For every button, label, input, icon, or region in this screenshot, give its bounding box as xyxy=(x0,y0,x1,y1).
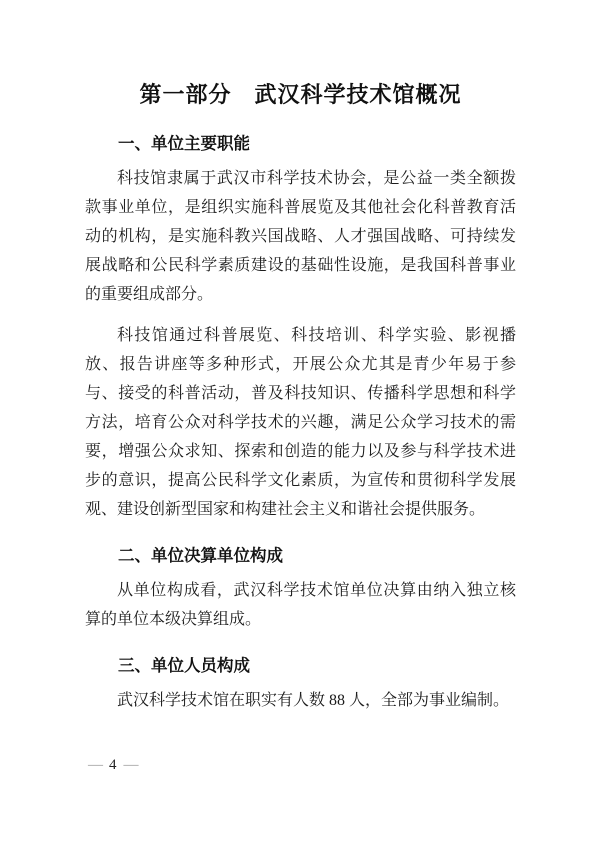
document-content: 一、单位主要职能 科技馆隶属于武汉市科学技术协会，是公益一类全额拨款事业单位，是… xyxy=(85,134,516,715)
section-heading-main-duties: 一、单位主要职能 xyxy=(85,134,516,154)
footer-dash-right: — xyxy=(124,756,138,774)
paragraph: 武汉科学技术馆在职实有人数 88 人，全部为事业编制。 xyxy=(85,686,516,715)
page-title: 第一部分 武汉科学技术馆概况 xyxy=(85,82,516,108)
section-heading-personnel: 三、单位人员构成 xyxy=(85,656,516,676)
section-heading-accounting-units: 二、单位决算单位构成 xyxy=(85,546,516,566)
footer-dash-left: — xyxy=(88,756,102,774)
paragraph: 从单位构成看，武汉科学技术馆单位决算由纳入独立核算的单位本级决算组成。 xyxy=(85,576,516,634)
page-footer: — 4 — xyxy=(88,756,138,774)
paragraph: 科技馆隶属于武汉市科学技术协会，是公益一类全额拨款事业单位，是组织实施科普展览及… xyxy=(85,164,516,309)
paragraph: 科技馆通过科普展览、科技培训、科学实验、影视播放、报告讲座等多种形式，开展公众尤… xyxy=(85,321,516,524)
page-number: 4 xyxy=(109,756,117,774)
document-page: 第一部分 武汉科学技术馆概况 一、单位主要职能 科技馆隶属于武汉市科学技术协会，… xyxy=(0,0,600,848)
